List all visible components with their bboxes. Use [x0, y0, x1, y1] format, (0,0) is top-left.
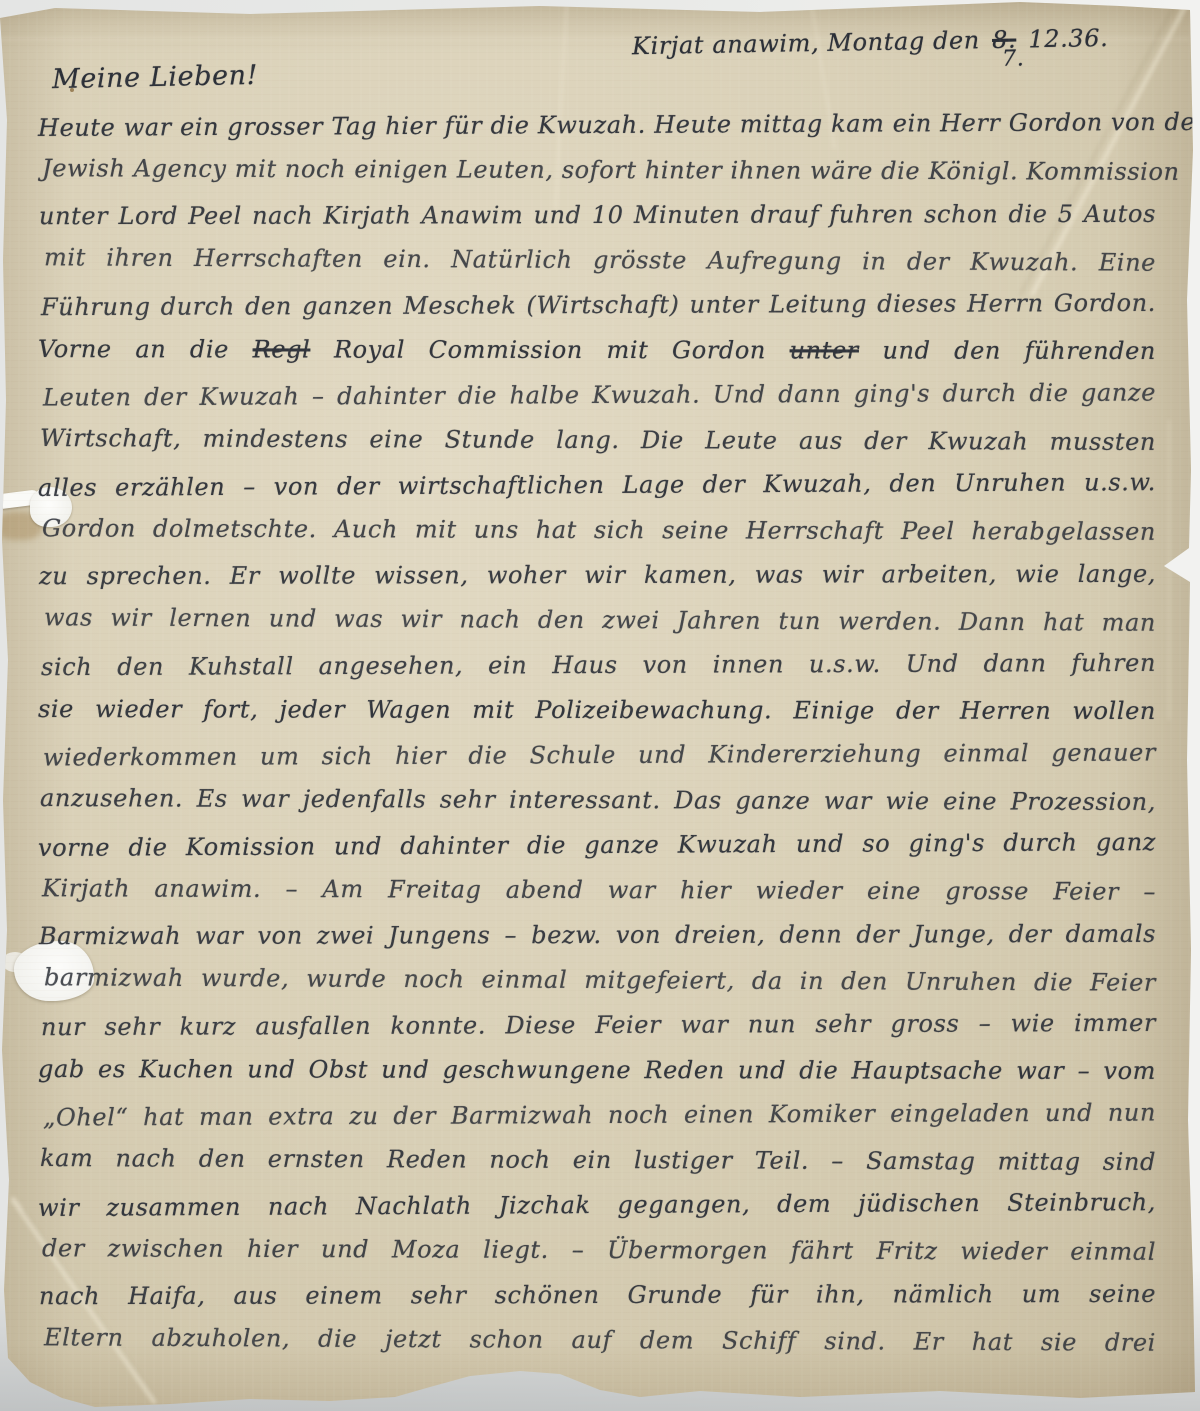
letter-line: barmizwah wurde, wurde noch einmal mitge…	[44, 955, 1156, 1005]
paper-sheet: Kirjat anawim, Montag den 8. 7. 12.36. M…	[0, 0, 1200, 1411]
letter-line: Wirtschaft, mindestens eine Stunde lang.…	[40, 416, 1156, 465]
letter-line: „Ohel“ hat man extra zu der Barmizwah no…	[43, 1090, 1156, 1140]
letter-line: Führung durch den ganzen Meschek (Wirtsc…	[41, 281, 1156, 330]
dateline-day-correction: 8. 7.	[992, 26, 1017, 54]
letter-line: Heute war ein grosser Tag hier für die K…	[38, 100, 1156, 151]
strikethrough-text: unter	[790, 336, 859, 364]
letter-line: wiederkommen um sich hier die Schule und…	[43, 730, 1156, 780]
letter-line: Kirjath anawim. – Am Freitag abend war h…	[42, 866, 1156, 914]
letter-line: unter Lord Peel nach Kirjath Anawim und …	[39, 192, 1156, 239]
letter-line: wir zusammen nach Nachlath Jizchak gegan…	[38, 1180, 1156, 1231]
letter-line: sie wieder fort, jeder Wagen mit Polizei…	[38, 687, 1156, 734]
salutation-line: Meine Lieben!	[52, 60, 259, 95]
paper-stain	[0, 512, 42, 540]
scanned-letter: Kirjat anawim, Montag den 8. 7. 12.36. M…	[0, 0, 1200, 1411]
letter-line: sich den Kuhstall angesehen, ein Haus vo…	[41, 641, 1156, 690]
letter-line: nur sehr kurz ausfallen konnte. Diese Fe…	[41, 1001, 1156, 1050]
paper-damage-spot	[0, 489, 41, 509]
letter-line: der zwischen hier und Moza liegt. – Über…	[42, 1226, 1156, 1274]
letter-line: nach Haifa, aus einem sehr schönen Grund…	[39, 1272, 1156, 1319]
letter-line: gab es Kuchen und Obst und geschwungene …	[38, 1047, 1156, 1094]
paper-speck	[512, 1381, 517, 1386]
letter-line: Eltern abzuholen, die jetzt schon auf de…	[44, 1315, 1156, 1365]
letter-line: alles erzählen – von der wirtschaftliche…	[38, 460, 1156, 511]
letter-line: Barmizwah war von zwei Jungens – bezw. v…	[39, 912, 1156, 959]
dateline: Kirjat anawim, Montag den 8. 7. 12.36.	[632, 24, 1118, 60]
letter-line: Gordon dolmetschte. Auch mit uns hat sic…	[42, 506, 1156, 554]
paper-damage-spot	[2, 952, 28, 972]
corrected-day: 7.	[1002, 46, 1025, 71]
strikethrough-text: Regl	[253, 335, 311, 363]
letter-line: zu sprechen. Er wollte wissen, woher wir…	[39, 552, 1156, 599]
letter-line: was wir lernen und was wir nach den zwei…	[44, 595, 1156, 645]
letter-line: mit ihren Herrschaften ein. Natürlich gr…	[44, 235, 1156, 285]
letter-line: anzusehen. Es war jedenfalls sehr intere…	[40, 776, 1156, 825]
letter-line: Vorne an die Regl Royal Commission mit G…	[38, 327, 1156, 374]
letter-line: Jewish Agency mit noch einigen Leuten, s…	[42, 146, 1156, 194]
paper-crease	[1168, 420, 1170, 720]
dateline-date: 12.36.	[1028, 24, 1108, 53]
letter-line: kam nach den ernsten Reden noch ein lust…	[40, 1136, 1156, 1185]
letter-body: Heute war ein grosser Tag hier für die K…	[38, 103, 1156, 1363]
letter-line: Leuten der Kwuzah – dahinter die halbe K…	[43, 370, 1156, 420]
letter-line: vorne die Komission und dahinter die gan…	[38, 820, 1156, 871]
dateline-place: Kirjat anawim, Montag den	[632, 26, 980, 60]
